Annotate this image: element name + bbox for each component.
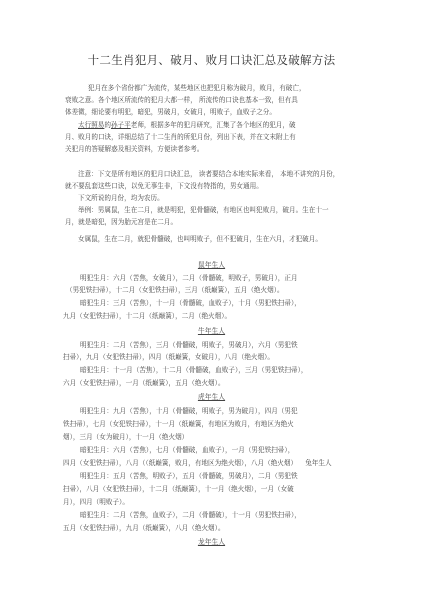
intro-line: 月、败月的口诀，详细总结了十二生肖的所犯月份，列出下表，并在文末附上有 <box>65 133 296 142</box>
section-heading-ox: 牛年生人 <box>0 327 423 336</box>
section-line: 明犯生月：九月（苦焦），十月（骨髓破，明败子，男为破月），四月（男犯 <box>80 407 298 416</box>
intro-text: 的 <box>104 121 111 129</box>
section-heading-rat: 鼠年生人 <box>0 261 423 270</box>
section-line: 烟），三月（女为破月），十一月（绝火烟） <box>63 433 188 442</box>
page-title: 十二生肖犯月、破月、败月口诀汇总及破解方法 <box>0 52 423 68</box>
intro-line: 衰败之意。各个地区所流传的犯月大都一样， 所流传的口诀也基本一致，但有具 <box>65 96 298 105</box>
section-line: 五月（女犯铁扫帚），九月（纸巅簧），八月（绝火烟）。 <box>63 524 225 533</box>
document-page: 十二生肖犯月、破月、败月口诀汇总及破解方法 犯月在多个省份都广为流传，某些地区也… <box>0 0 423 600</box>
intro-text: 老师，根据多年的犯月研究，汇集了各个地区的犯月，破 <box>131 121 296 129</box>
note-line: 女属鼠，生在二月，就犯骨髓破，也叫明败子，但不犯破月，生在六月，才犯破月。 <box>78 235 322 244</box>
section-line: 扫帚），九月（女犯铁扫帚），四月（纸巅簧，女破月），八月（绝火烟）。 <box>63 353 274 362</box>
link-taihang-zhaoyi[interactable]: 太行照易 <box>78 121 104 129</box>
section-line: 暗犯生月：二月（苦焦，血败子），二月（骨髓破），十一月（男犯铁扫帚）， <box>80 511 301 520</box>
section-line: 明犯生月：六月（苦焦，女破月），二月（骨髓破，明败子，男破月），正月 <box>80 274 298 283</box>
intro-line: 关犯月的答疑解惑及相关资料，方便读者参考。 <box>65 145 203 154</box>
intro-line-with-links: 太行照易的孙子平老师，根据多年的犯月研究，汇集了各个地区的犯月，破 <box>78 121 296 130</box>
section-text: 四月（女犯铁扫帚），八月（（纸巅簧，败月，有地区为绝火烟），八月（绝火烟） <box>63 459 297 467</box>
section-line: 明犯生月：五月（苦焦，明败子），五月（骨髓破，男破月），二月（男犯铁 <box>80 472 298 481</box>
section-line: 暗犯生月：三月（苦焦），十一月（骨髓破，血败子），十月（男犯铁扫帚）， <box>80 299 301 308</box>
note-line: 注意：下文是所有地区的犯月口诀汇总， 读者要结合本地实际来看， 本地不讲究的月份… <box>78 170 339 179</box>
note-line: 就不要乱套这些口诀，以免无事生非，下文没有特指的，男女通用。 <box>65 182 263 191</box>
section-heading-tiger: 虎年生人 <box>0 393 423 402</box>
section-heading-rabbit: 兔年生人 <box>305 459 331 467</box>
note-line: 月，就是暗犯，因为胎元宫是在二月。 <box>65 218 177 227</box>
section-line: 扫帚），八月（女犯铁扫帚），十二月（纸巅簧），十一月（绝火烟），一月（女破 <box>63 485 294 494</box>
section-line: 暗犯生月：六月（苦焦），七月（骨髓破，血败子），一月（男犯铁扫帚）， <box>80 446 294 455</box>
intro-line: 体差微，细论要有明犯，暗犯，男破月，女破月，明败子，血败子之分。 <box>65 108 276 117</box>
note-line: 下文所说的月份，均为农历。 <box>78 194 164 203</box>
section-line: 四月（女犯铁扫帚），八月（（纸巅簧，败月，有地区为绝火烟），八月（绝火烟） 兔年… <box>63 459 332 468</box>
link-sun-ziping[interactable]: 孙子平 <box>111 121 131 129</box>
section-heading-dragon: 龙年生人 <box>0 538 423 547</box>
section-line: 铁扫帚），七月（女犯铁扫帚），十一月（纸巅簧，有地区为败月，有地区为绝火 <box>63 420 294 429</box>
section-line: 暗犯生月：十一月（苦焦），十二月（骨髓破，血败子），三月（男犯铁扫帚）， <box>80 366 307 375</box>
intro-line: 犯月在多个省份都广为流传，某些地区也把犯月称为破月，败月，有破亡， <box>88 84 306 93</box>
section-line: 六月（女犯铁扫帚），一月（纸巅簧），五月（绝火烟）。 <box>63 379 225 388</box>
section-line: 明犯生月：二月（苦焦），三月（骨髓破，明败子，男破月），六月（男犯铁 <box>80 341 298 350</box>
section-line: （男犯铁扫帚），十二月（女犯铁扫帚），三月（纸巅簧），五月（绝火烟）。 <box>66 286 284 295</box>
section-line: 九月（女犯铁扫帚），十二月（纸巅簧），二月（绝火烟）。 <box>63 312 231 321</box>
note-line: 举例：男属鼠，生在二月，就是明犯，犯骨髓破，有地区也叫犯败月，破月。生在十一 <box>78 206 329 215</box>
section-line: 月），四月（明败子）。 <box>63 498 129 507</box>
